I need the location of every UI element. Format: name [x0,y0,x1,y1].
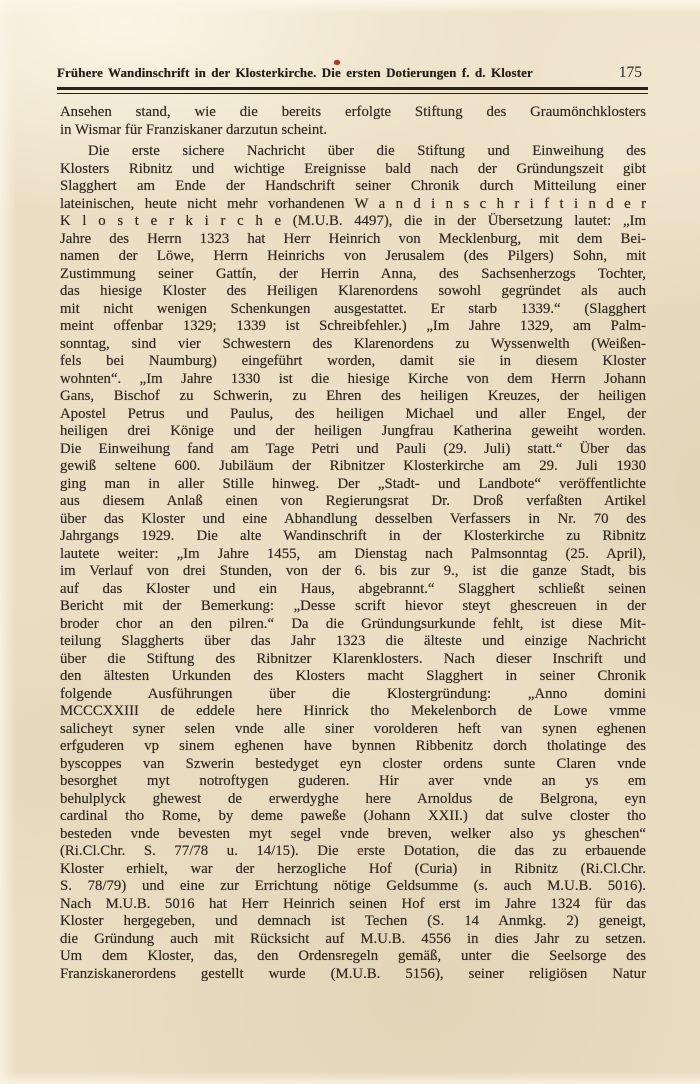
text-line: fels bei Naumburg) eingeführt worden, da… [60,353,646,371]
scanned-book-page: Frühere Wandinschrift in der Klosterkirc… [0,0,700,1084]
text-line: gewiß seltene 600. Jubiläum der Ribnitze… [60,458,646,476]
text-line: S. 78/79) und eine zur Errichtung nötige… [60,878,646,896]
text-line: über das Kloster und eine Abhandlung des… [60,511,646,529]
text-line: cardinal tho Rome, by deme paweße (Johan… [60,808,646,826]
text-line: MCCCXXIII de eddele here Hinrick tho Mek… [60,703,646,721]
text-line: die Gründung auch mit Rücksicht auf M.U.… [60,931,646,949]
text-line: Bericht mit der Bemerkung: „Desse scrift… [60,598,646,616]
text-line: in Wismar für Franziskaner darzutun sche… [60,122,646,140]
text-line: mit nicht wenigen Schenkungen ausgestatt… [60,301,646,319]
text-line: das hiesige Kloster des Heiligen Klareno… [60,283,646,301]
text-line: Gans, Bischof zu Schwerin, zu Ehren des … [60,388,646,406]
text-line: aus diesem Anlaß einen von Regierungsrat… [60,493,646,511]
text-line: wohnten“. „Im Jahre 1330 ist die hiesige… [60,371,646,389]
text-line: im Verlauf von drei Stunden, von der 6. … [60,563,646,581]
text-line: Jahrgangs 1929. Die alte Wandinschrift i… [60,528,646,546]
text-line: K l o s t e r k i r c h e (M.U.B. 4497),… [60,213,646,231]
text-line: namen der Löwe, Herrn Heinrichs von Jeru… [60,248,646,266]
paper-stain [356,848,363,853]
text-line: über die Stiftung des Ribnitzer Klarenkl… [60,651,646,669]
running-title: Frühere Wandinschrift in der Klosterkirc… [57,65,533,81]
text-line: Nach M.U.B. 5016 hat Herr Heinrich seine… [60,896,646,914]
text-line: Slagghert am Ende der Handschrift seiner… [60,178,646,196]
text-line: Franziskanerordens gestellt wurde (M.U.B… [60,966,646,984]
text-line: Jahre des Herrn 1323 hat Herr Heinrich v… [60,231,646,249]
header-double-rule [57,87,648,94]
text-line: byscoppes van Szwerin bestedyget eyn clo… [60,756,646,774]
paragraph-main: Die erste sichere Nachricht über die Sti… [60,143,646,983]
text-line: erfguderen vp sinem eghenen have bynnen … [60,738,646,756]
text-line: sonntag, sind vier Schwestern des Klaren… [60,336,646,354]
text-line: Kloster erhielt, war der herzogliche Hof… [60,861,646,879]
text-line: Apostel Petrus und Paulus, des heiligen … [60,406,646,424]
text-line: Ansehen stand, wie die bereits erfolgte … [60,104,646,122]
text-line: (Ri.Cl.Chr. S. 77/78 u. 14/15). Die erst… [60,843,646,861]
text-line: besorghet myt notroftygen guderen. Hir a… [60,773,646,791]
paragraph-continuation: Ansehen stand, wie die bereits erfolgte … [60,104,646,139]
red-ink-speck-small [243,267,246,270]
running-head: Frühere Wandinschrift in der Klosterkirc… [57,64,648,82]
text-line: teilung Slaggherts über das Jahr 1323 di… [60,633,646,651]
text-line: lautete weiter: „Im Jahre 1455, am Diens… [60,546,646,564]
text-line: lateinischen, heute nicht mehr vorhanden… [60,196,646,214]
text-line: besteden vnde bevesten myt segel vnde br… [60,826,646,844]
text-line: Die Einweihung fand am Tage Petri und Pa… [60,441,646,459]
text-line: heiligen drei Könige und der heiligen Ju… [60,423,646,441]
text-line: auf das Kloster und ein Haus, abgebrannt… [60,581,646,599]
text-line: folgende Ausführungen über die Klostergr… [60,686,646,704]
text-line: broder chor an den pilren.“ Da die Gründ… [60,616,646,634]
text-line: Klosters Ribnitz und wichtige Ereignisse… [60,161,646,179]
page-number: 175 [619,64,648,82]
text-line: salicheyt syner selen vnde alle siner vo… [60,721,646,739]
text-line: Kloster hergegeben, und demnach ist Tech… [60,913,646,931]
text-line: meint offenbar 1329; 1339 ist Schreibfeh… [60,318,646,336]
text-line: behulplyck ghewest de erwerdyghe here Ar… [60,791,646,809]
text-line: ging man in aller Stille hinweg. Der „St… [60,476,646,494]
red-ink-speck [334,60,340,65]
text-line: den ältesten Urkunden des Klosters macht… [60,668,646,686]
text-line: Um dem Kloster, das, den Ordensregeln ge… [60,948,646,966]
text-line: Die erste sichere Nachricht über die Sti… [60,143,646,161]
text-line: Zustimmung seiner Gattin, der Herrin Ann… [60,266,646,284]
page-text: Ansehen stand, wie die bereits erfolgte … [60,104,646,983]
